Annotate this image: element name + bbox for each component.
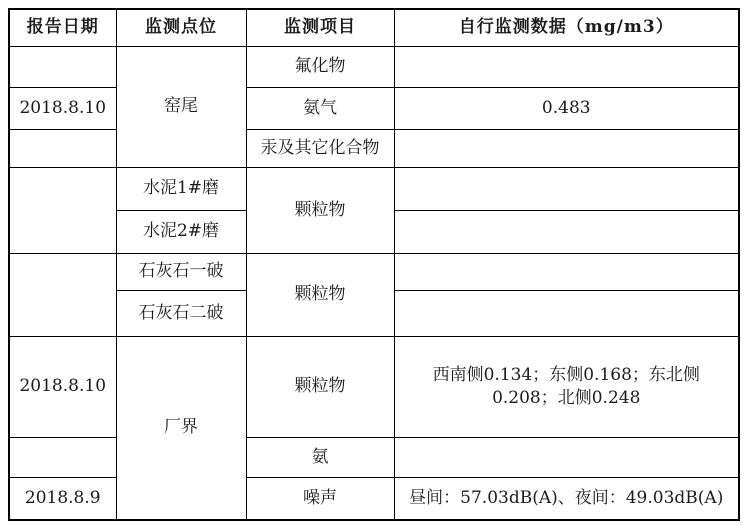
- monitoring-point-cell: 窑尾: [116, 46, 246, 167]
- monitoring-item-cell: 氨: [246, 437, 394, 477]
- monitoring-point-cell: 厂界: [116, 336, 246, 520]
- report-date-cell: 2018.8.10: [9, 336, 116, 437]
- column-header-report-date: 报告日期: [9, 9, 116, 46]
- report-date-cell: [9, 167, 116, 253]
- report-date-cell: [9, 129, 116, 167]
- monitoring-item-cell: 噪声: [246, 477, 394, 520]
- monitoring-item-cell: 氨气: [246, 87, 394, 129]
- monitoring-item-cell: 氟化物: [246, 46, 394, 87]
- monitoring-point-cell: 水泥2#磨: [116, 210, 246, 253]
- monitoring-value-cell: [394, 129, 739, 167]
- report-date-cell: [9, 46, 116, 87]
- table-row: 窑尾 氟化物: [9, 46, 739, 87]
- report-date-cell: 2018.8.10: [9, 87, 116, 129]
- report-date-cell: [9, 253, 116, 336]
- monitoring-value-cell: [394, 210, 739, 253]
- monitoring-value-cell: [394, 290, 739, 336]
- monitoring-value-cell: 昼间：57.03dB(A)、夜间：49.03dB(A): [394, 477, 739, 520]
- table-row: 石灰石一破 颗粒物: [9, 253, 739, 290]
- table-row: 水泥1#磨 颗粒物: [9, 167, 739, 210]
- monitoring-value-cell: [394, 46, 739, 87]
- header-row: 报告日期 监测点位 监测项目 自行监测数据（mg/m3）: [9, 9, 739, 46]
- column-header-monitoring-point: 监测点位: [116, 9, 246, 46]
- monitoring-item-cell: 颗粒物: [246, 336, 394, 437]
- monitoring-point-cell: 石灰石二破: [116, 290, 246, 336]
- monitoring-table: 报告日期 监测点位 监测项目 自行监测数据（mg/m3） 窑尾 氟化物 2018…: [8, 8, 740, 521]
- report-date-cell: [9, 437, 116, 477]
- table-row: 2018.8.10 厂界 颗粒物 西南侧0.134；东侧0.168；东北侧 0.…: [9, 336, 739, 437]
- monitoring-report-table-container: 报告日期 监测点位 监测项目 自行监测数据（mg/m3） 窑尾 氟化物 2018…: [8, 8, 740, 521]
- monitoring-item-cell: 颗粒物: [246, 167, 394, 253]
- monitoring-item-cell: 汞及其它化合物: [246, 129, 394, 167]
- monitoring-point-cell: 石灰石一破: [116, 253, 246, 290]
- column-header-monitoring-item: 监测项目: [246, 9, 394, 46]
- column-header-monitoring-data: 自行监测数据（mg/m3）: [394, 9, 739, 46]
- monitoring-value-cell: [394, 253, 739, 290]
- monitoring-value-cell: [394, 437, 739, 477]
- monitoring-point-cell: 水泥1#磨: [116, 167, 246, 210]
- monitoring-value-cell: 西南侧0.134；东侧0.168；东北侧 0.208；北侧0.248: [394, 336, 739, 437]
- report-date-cell: 2018.8.9: [9, 477, 116, 520]
- monitoring-value-cell: [394, 167, 739, 210]
- monitoring-value-cell: 0.483: [394, 87, 739, 129]
- monitoring-item-cell: 颗粒物: [246, 253, 394, 336]
